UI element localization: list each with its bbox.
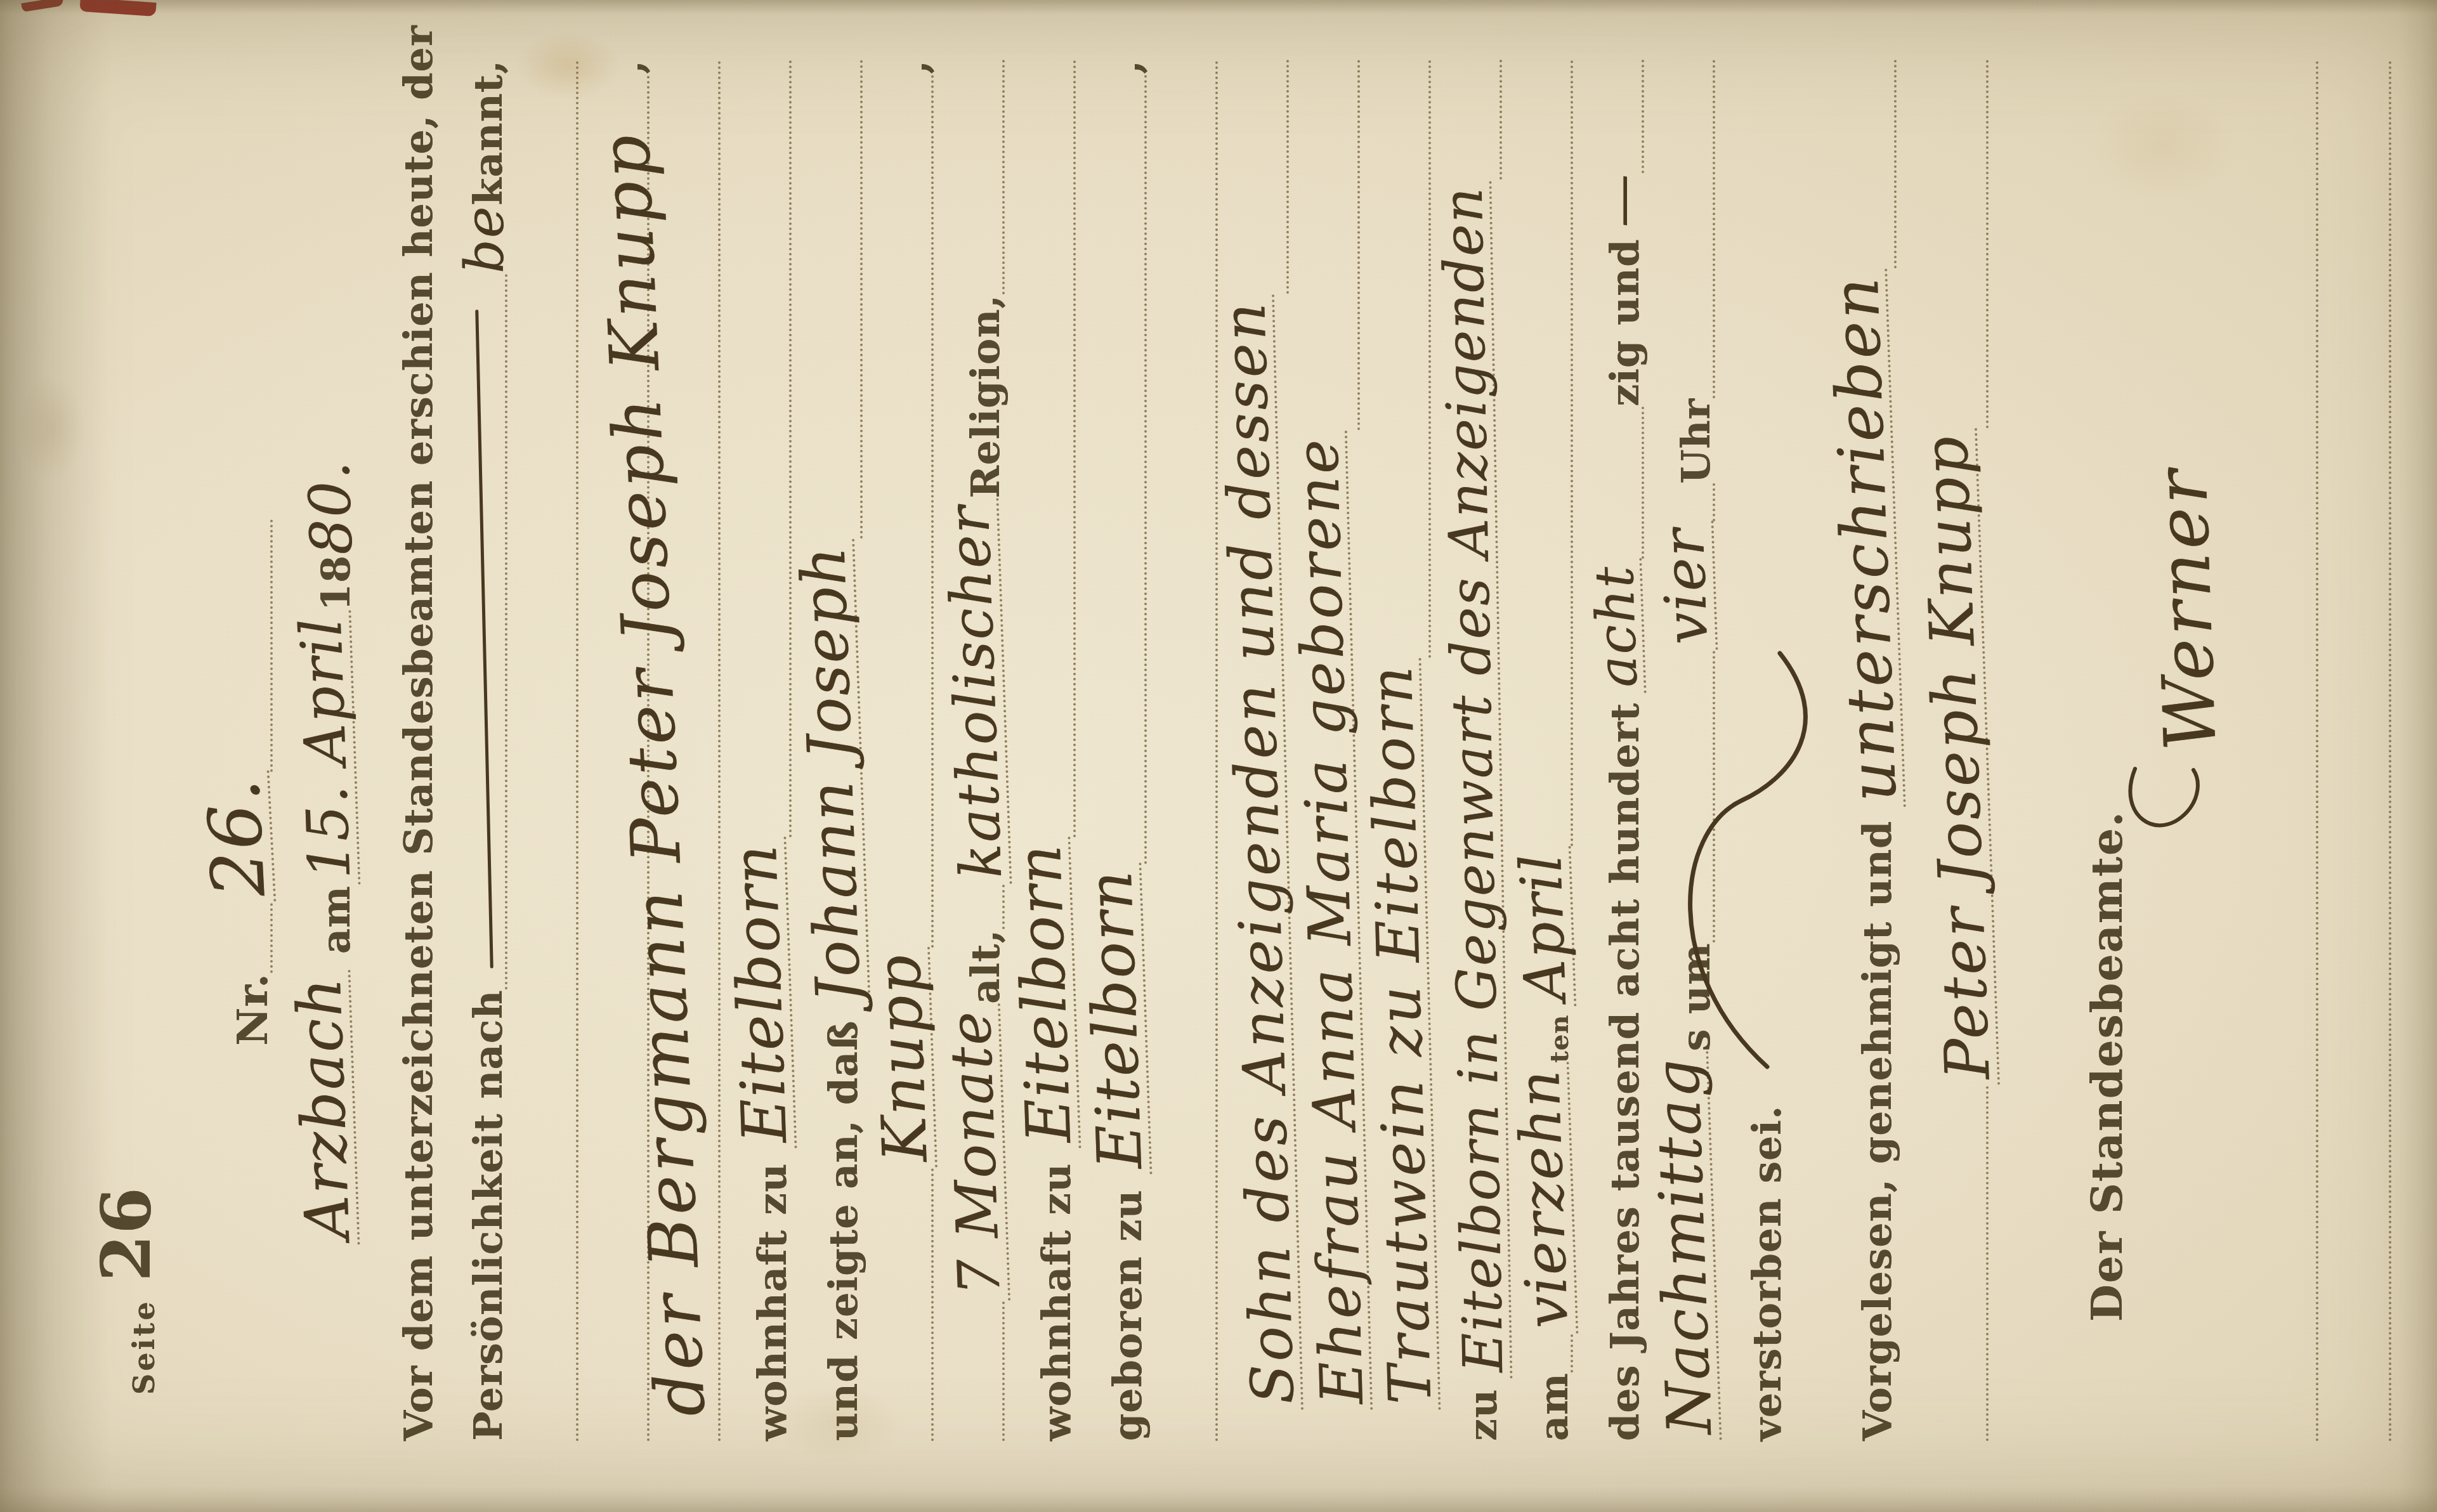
dotted-rule [1982,60,1989,428]
spacer [1430,1411,1431,1441]
dotted-rule [1496,60,1502,179]
printed-text: und zeigte an, daß [825,1020,863,1441]
dotted-rule [1709,484,1715,522]
printed-text: wohnhaft zu [1038,1163,1076,1441]
dotted-rule [785,60,792,837]
line-uhrzeit: Nachmittags umvierUhr [1633,60,1715,1441]
line-sterbedatum: amvierzehntenApril [1491,60,1573,1441]
printed-text: Religion, [967,294,1005,499]
line-erschien: Vor dem unterzeichneten Standesbeamten e… [355,25,438,1441]
line-jahr: des Jahres tausend acht hundertachtzig u… [1562,60,1644,1441]
handwritten-entry: Knupp [873,946,938,1169]
printed-text: geboren zu [1109,1189,1147,1441]
spacer [1075,1149,1076,1163]
dotted-rule [856,60,863,538]
record-number-line: Nr.26. [190,519,273,1046]
printed-text: , [1109,60,1147,74]
dotted-rule [1638,60,1644,173]
line-sterbeort: zuEitelborn in Gegenwart des Anzeigenden [1420,60,1502,1441]
printed-text: Vorgelesen, genehmigt und [1859,821,1897,1441]
death-register-form: Seite26Nr.26.Arzbacham 15. April 1880.Vo… [0,0,2437,1512]
spacer [1895,808,1897,821]
dotted-rule [1890,60,1897,268]
handwritten-entry: Nachmittag [1652,1050,1722,1442]
line-name-2: Knupp, [851,60,934,1441]
line-vorgelesen: Vorgelesen, genehmigt undunterschrieben [1814,60,1897,1441]
dotted-rule [998,60,1005,294]
blank-rule-1 [496,60,578,1441]
printed-text: verstorben sei. [1749,1105,1786,1441]
dotted-rule [927,1168,934,1441]
printed-text: am [1536,1372,1573,1441]
handwritten-entry: be [462,205,507,273]
handwritten-entry: vierzehn [1515,1062,1578,1335]
printed-text: am [318,885,355,954]
dotted-rule [1709,60,1715,398]
handwritten-entry: 15. April [297,610,360,887]
line-persoenlichkeit: Persönlichkeit nachbekannt, [425,60,507,1441]
handwritten-entry: 26. [203,770,277,905]
dotted-rule [927,74,934,948]
handwritten-entry: Eitelborn [1085,863,1153,1176]
handwritten-entry: Johann Joseph [798,538,871,1010]
handwritten-entry: Eitelborn [729,836,797,1150]
line-wohnhaft-2: wohnhaft zuEitelborn [993,60,1076,1441]
blank-rule-2 [638,60,721,1441]
handwritten-entry: unterschrieben [1828,268,1906,809]
spacer [1785,1079,1786,1105]
handwritten-entry: acht [1591,557,1647,694]
handwritten-entry: Werner [2152,466,2222,752]
printed-text: zig und [1607,239,1644,407]
printed-text: Vor dem unterzeichneten Standesbeamten e… [400,25,438,1441]
spacer [1572,1007,1573,1015]
printed-text: Persönlichkeit nach [470,989,507,1441]
blank-rule-3 [1135,60,1218,1441]
printed-text: , [896,60,934,74]
scanned-register-page: Seite26Nr.26.Arzbacham 15. April 1880.Vo… [0,0,2437,1512]
spacer [861,1009,863,1020]
handwritten-entry: Arzbach [294,969,360,1246]
dotted-rule [998,1301,1005,1441]
dotted-rule [1982,1086,1989,1441]
closing-flourish [1685,623,1846,1079]
handwritten-entry: Ehefrau Anna Maria geborene [1293,430,1373,1411]
spacer [1288,1411,1289,1441]
printed-text: , [612,60,650,74]
line-zeigte-an: und zeigte an, daßJohann Joseph [780,60,863,1441]
dotted-rule [501,273,507,989]
handwritten-entry: der Bergmann Peter Joseph Knupp [597,131,710,1417]
dateline: Arzbacham 15. April 1880. [273,453,355,1246]
handwritten-entry: Trautwein zu Eitelborn [1366,657,1441,1411]
spacer [1359,1411,1360,1441]
printed-text: Der Standesbeamte. [2087,811,2128,1322]
dotted-rule [1069,60,1076,837]
dotted-rule [1638,407,1644,559]
dotted-rule [572,60,578,1441]
printed-text: 26 [95,1187,159,1282]
spacer [790,1149,792,1163]
handwritten-entry: Eitelborn in Gegenwart des Anzeigenden [1440,179,1512,1379]
blank-rule-5 [2309,60,2391,1441]
dotted-rule [2312,60,2318,1441]
informant-rule: , [567,60,650,1441]
spacer [1146,1175,1147,1189]
printed-text: des Jahres tausend acht hundert [1607,703,1644,1441]
spacer [1501,1379,1502,1389]
line-geborene: Trautwein zu Eitelborn [1349,60,1431,1441]
handwritten-entry: katholischer [944,498,1012,886]
dotted-rule [1212,60,1218,1441]
line-geboren: geboren zuEitelborn, [1064,60,1147,1441]
line-verstorben: verstorben sei. [1704,623,1786,1441]
informant-entry: der Bergmann Peter Joseph Knupp [599,131,682,1417]
printed-text: s um [1678,942,1715,1051]
handwritten-entry: Sohn des Anzeigenden und dessen [1220,294,1303,1411]
handwritten-dash-stroke [475,310,493,968]
dotted-rule [2385,60,2391,1441]
line-unterschrift-beamter: Werner [2134,467,2217,852]
dotted-rule [1425,60,1431,658]
spacer [354,954,355,970]
line-unterschrift-anzeiger: Peter Joseph Knupp [1906,60,1989,1441]
handwritten-entry: vier [1659,521,1718,652]
dotted-rule [266,903,273,973]
dotted-rule [1567,1334,1573,1372]
printed-text: zu [1465,1389,1502,1441]
line-standesbeamter-label: Der Standesbeamte. [2046,811,2128,1322]
printed-text: Nr. [233,973,273,1046]
handwritten-entry: 80. [305,459,357,556]
spacer [157,1282,159,1300]
printed-text: Uhr [1678,398,1715,484]
handwritten-entry: — [1599,173,1644,228]
dotted-rule [1709,651,1715,942]
spacer [1643,694,1644,703]
dotted-rule [1283,60,1289,294]
printed-text: Seite [131,1300,159,1395]
handwritten-entry: Eitelborn [1014,836,1081,1150]
handwritten-entry: Peter Joseph Knupp [1920,427,2000,1086]
handwritten-entry: April [1517,845,1576,1008]
blank-rule-4 [2236,60,2318,1441]
dotted-rule [1354,60,1360,430]
spacer [1643,228,1644,239]
signature-paraph [2125,757,2223,852]
line-sohn: Sohn des Anzeigenden und dessen [1206,60,1289,1441]
printed-text: wohnhaft zu [754,1163,792,1441]
printed-text: kannt, [470,60,507,205]
printed-text: 18 [318,555,355,611]
line-ehefrau: Ehefrau Anna Maria geborene [1277,60,1360,1441]
page-header: Seite26 [76,1187,159,1395]
dotted-rule [998,885,1005,929]
line-alter-religion: 7 Monatealt,katholischerReligion, [922,60,1005,1441]
spacer [2216,751,2217,757]
dotted-rule [266,519,273,772]
handwritten-entry: 7 Monate [946,1003,1010,1302]
printed-text: alt, [967,929,1005,1004]
dotted-rule [714,60,721,1441]
printed-text: ten [1548,1015,1572,1063]
line-wohnhaft-1: wohnhaft zuEitelborn [709,60,792,1441]
dotted-rule [643,74,650,1441]
dotted-rule [1140,74,1147,864]
dotted-rule [1567,60,1573,846]
